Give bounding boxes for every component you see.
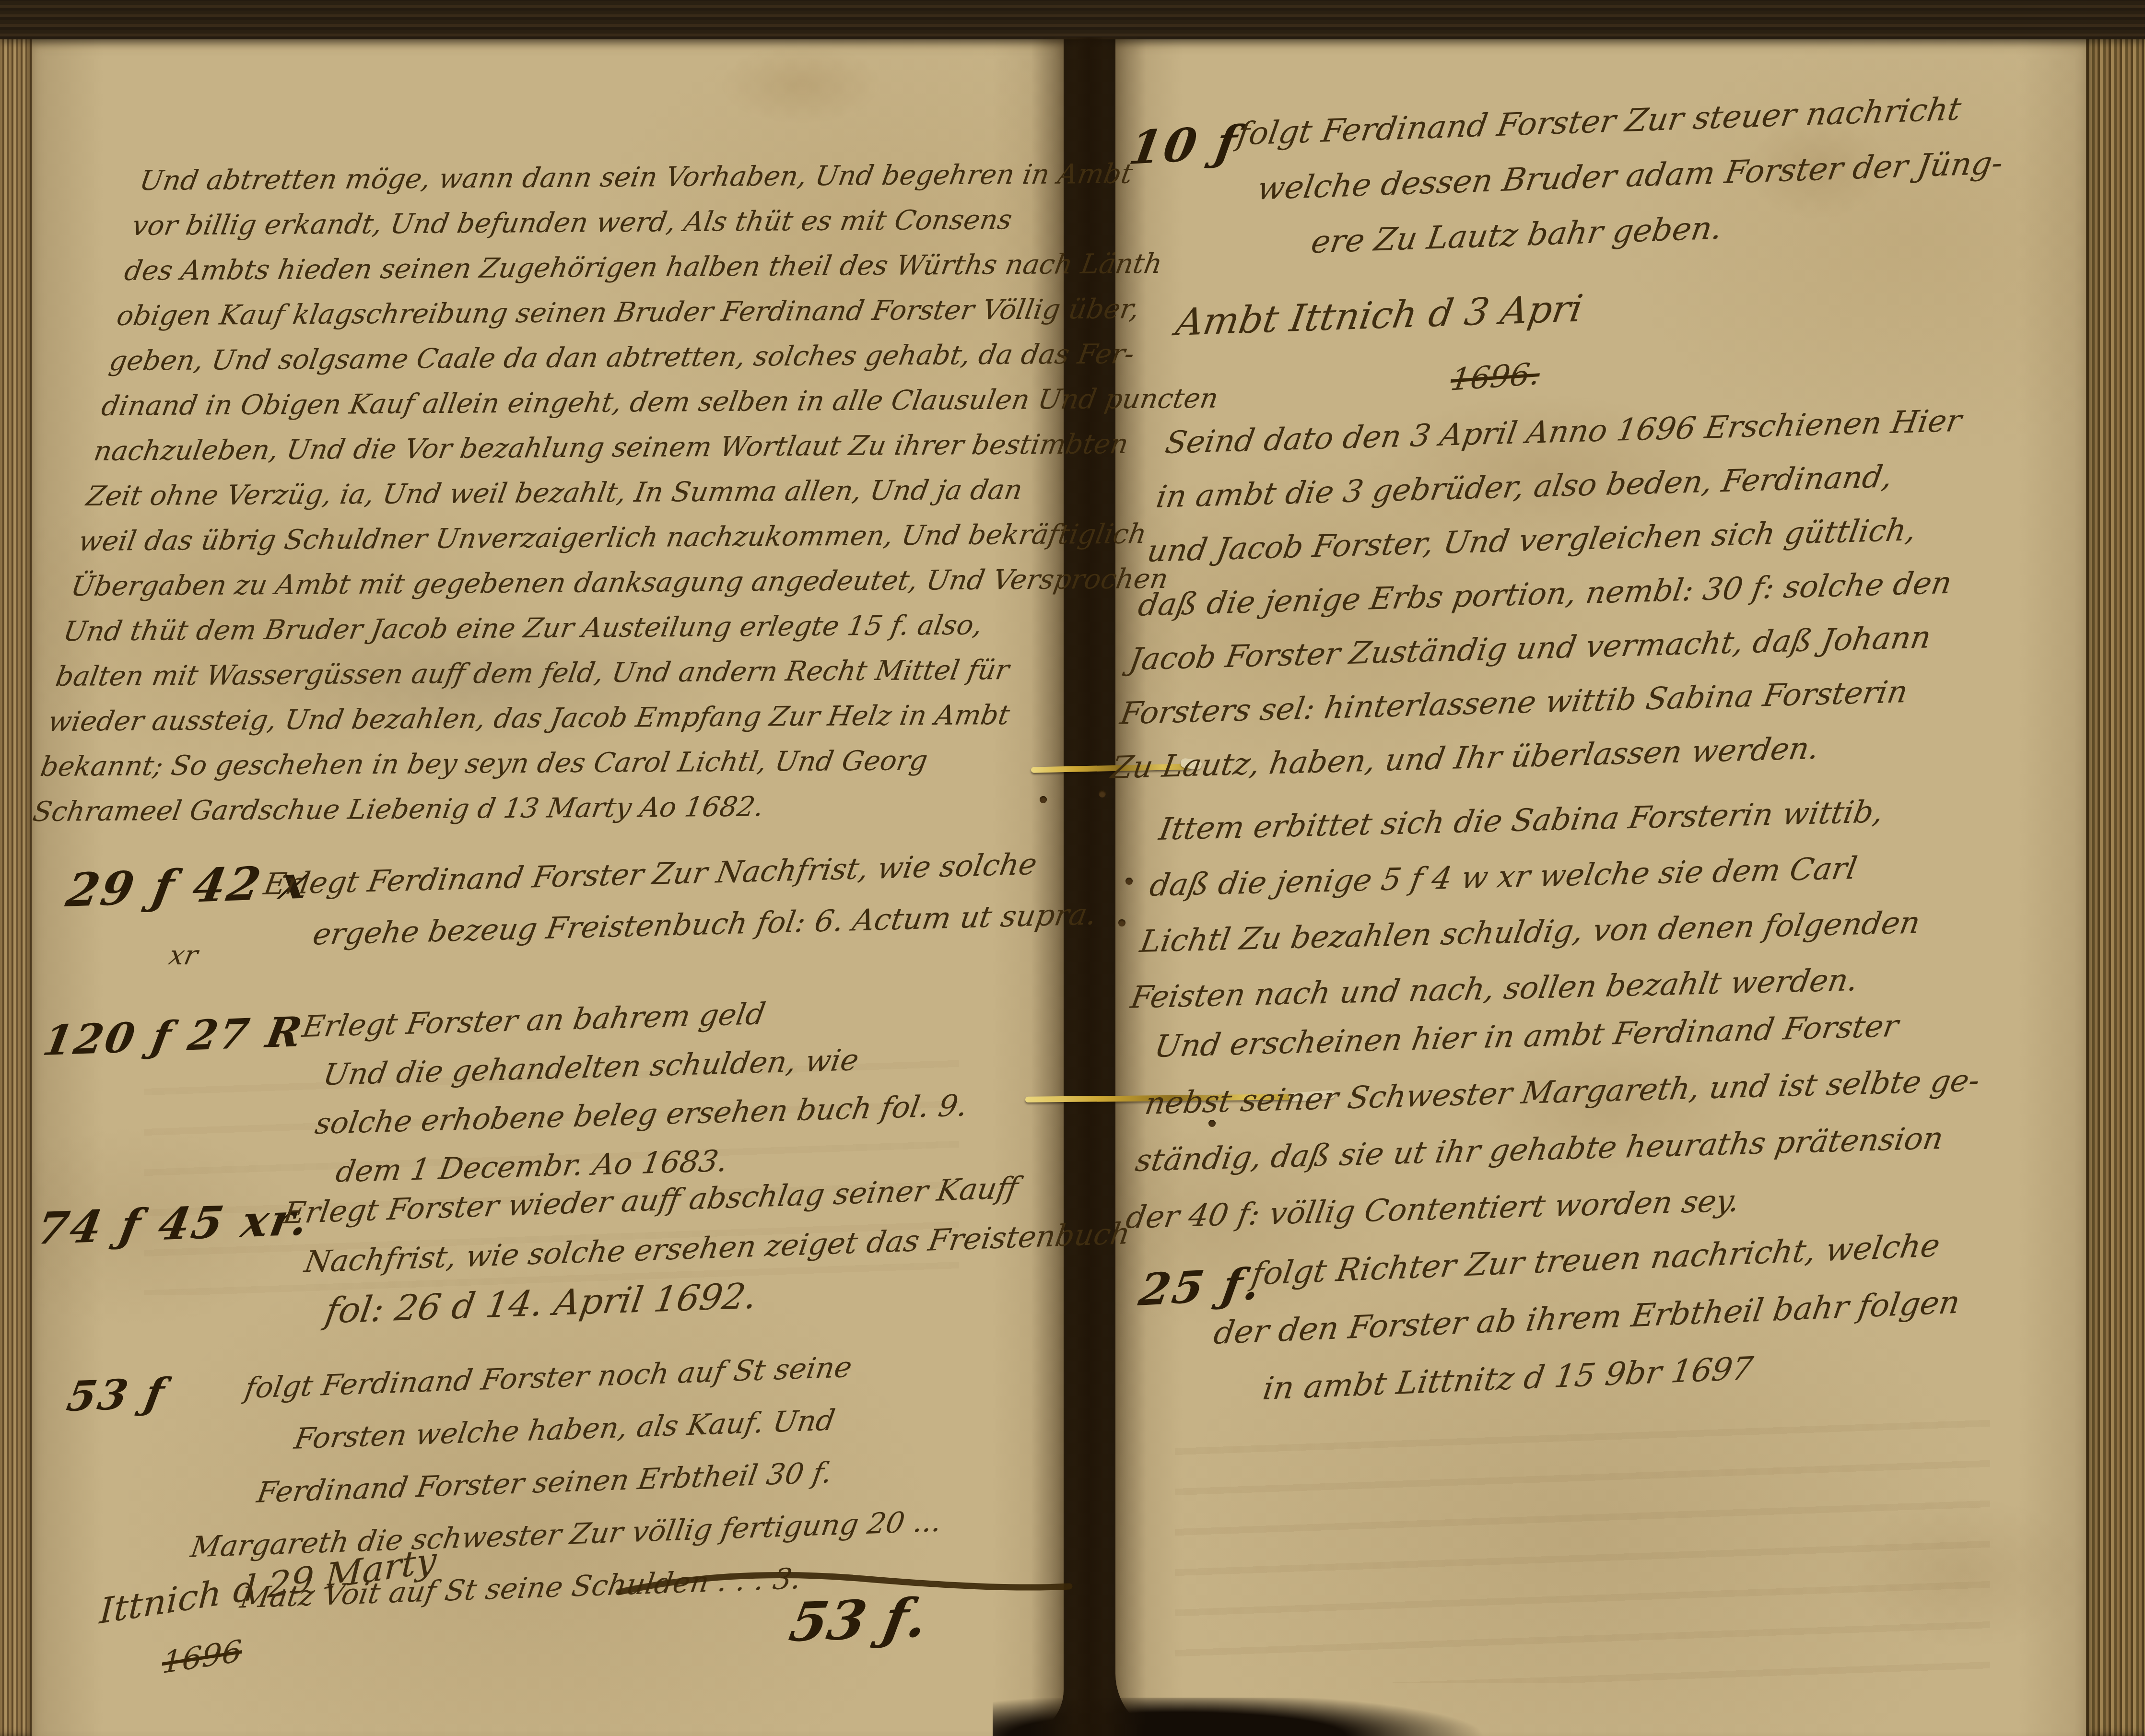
ledger-entry: Erlegt Forster an bahrem geld Und die ge…	[274, 984, 987, 1198]
manuscript-line: nachzuleben, Und die Vor bezahlung seine…	[91, 421, 1214, 474]
stitch-hole	[1118, 919, 1125, 927]
entry-amount-margin: 120 ƒ 27 R	[39, 1008, 307, 1065]
page-edge-stack-right	[2084, 0, 2145, 1736]
manuscript-line: Zeit ohne Verzüg, ia, Und weil bezahlt, …	[83, 466, 1207, 519]
book-top-edge	[0, 0, 2145, 39]
entry-amount-margin: 74 ƒ 45 xr.	[33, 1193, 314, 1255]
right-paragraph-widow-request: Ittem erbittet sich die Sabina Forsterin…	[1126, 783, 1943, 1026]
entry-amount-margin: 10 ƒ	[1125, 115, 1243, 175]
right-paragraph-dowry: Und erscheinen hier in ambt Ferdinand Fo…	[1122, 996, 1993, 1247]
ledger-entry: folgt Richter Zur treuen nachricht, welc…	[1230, 1215, 1973, 1419]
ledger-entry: Erlegt Forster wieder auff abschlag sein…	[264, 1159, 1142, 1338]
struck-year: 1696.	[1449, 356, 1542, 398]
stitch-hole	[1125, 878, 1133, 885]
manuscript-line: bekannt; So geschehen in bey seyn des Ca…	[37, 737, 1160, 789]
manuscript-line: geben, Und solgsame Caale da dan abtrett…	[105, 331, 1229, 384]
manuscript-line: Schrameel Gardschue Liebenig d 13 Marty …	[29, 782, 1153, 834]
manuscript-spread: Und abtretten möge, wann dann sein Vorha…	[0, 0, 2145, 1736]
right-paragraph-agreement: Seind dato den 3 April Anno 1696 Erschie…	[1107, 394, 1982, 796]
manuscript-line: Und thüt dem Bruder Jacob eine Zur Auste…	[60, 601, 1184, 654]
ledger-entry: folgt Ferdinand Forster Zur steuer nachr…	[1216, 80, 2016, 273]
heading-year-struck: 1696.	[1449, 356, 1542, 398]
manuscript-line: obigen Kauf klagschreibung seinen Bruder…	[113, 286, 1237, 339]
page-edge-stack-left	[0, 0, 35, 1736]
manuscript-line: des Ambts hieden seinen Zugehörigen halb…	[121, 241, 1244, 293]
manuscript-line: Und abtretten möge, wann dann sein Vorha…	[136, 151, 1260, 203]
manuscript-line: Übergaben zu Ambt mit gegebenen danksagu…	[68, 556, 1191, 609]
left-main-paragraph: Und abtretten möge, wann dann sein Vorha…	[29, 151, 1260, 834]
sum-total: 53 ƒ.	[785, 1586, 932, 1654]
manuscript-line: balten mit Wassergüssen auff dem feld, U…	[52, 646, 1176, 699]
manuscript-line: dinand in Obigen Kauf allein eingeht, de…	[98, 376, 1221, 429]
entry-amount-margin: 53 ƒ	[63, 1369, 170, 1421]
manuscript-line: vor billig erkandt, Und befunden werd, A…	[129, 196, 1252, 248]
manuscript-line: weil das übrig Schuldner Unverzaigerlich…	[75, 511, 1199, 564]
manuscript-line: wieder aussteig, Und bezahlen, das Jacob…	[45, 692, 1168, 744]
